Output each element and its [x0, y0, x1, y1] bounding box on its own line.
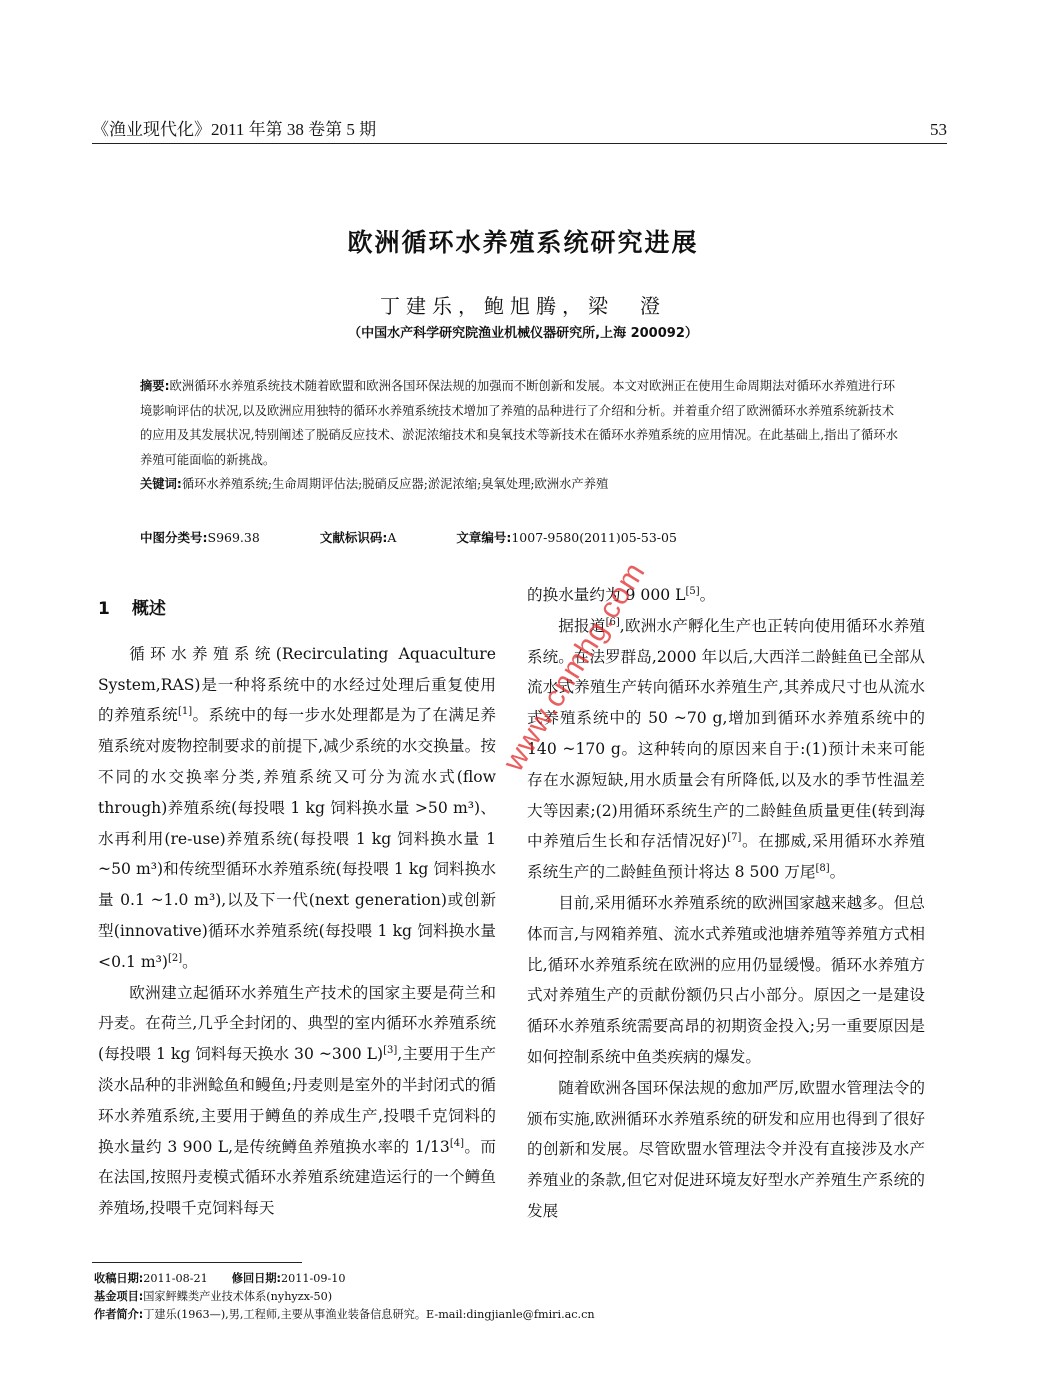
abstract-block: 摘要:欧洲循环水养殖系统技术随着欧盟和欧洲各国环保法规的加强而不断创新和发展。本…: [140, 374, 900, 497]
keywords: 关键词:循环水养殖系统;生命周期评估法;脱硝反应器;淤泥浓缩;臭氧处理;欧洲水产…: [140, 472, 900, 497]
right-column: 的换水量约为 9 000 L[5]。 据报道[6],欧洲水产孵化生产也正转向使用…: [527, 580, 925, 1227]
paragraph: 目前,采用循环水养殖系统的欧洲国家越来越多。但总体而言,与网箱养殖、流水式养殖或…: [527, 888, 925, 1073]
abstract-label: 摘要:: [140, 379, 170, 393]
received-date: 2011-08-21: [143, 1272, 208, 1285]
footnote-rule: [92, 1262, 302, 1263]
affiliation: （中国水产科学研究院渔业机械仪器研究所,上海 200092）: [0, 322, 1046, 341]
article-title: 欧洲循环水养殖系统研究进展: [0, 223, 1046, 259]
abstract: 摘要:欧洲循环水养殖系统技术随着欧盟和欧洲各国环保法规的加强而不断创新和发展。本…: [140, 374, 900, 472]
author-bio-line: 作者简介:丁建乐(1963—),男,工程师,主要从事渔业装备信息研究。E-mai…: [94, 1306, 954, 1324]
footnotes: 收稿日期:2011-08-21修回日期:2011-09-10 基金项目:国家鲆鲽…: [94, 1270, 954, 1324]
article-id: 文章编号:1007-9580(2011)05-53-05: [456, 528, 677, 546]
fund-line: 基金项目:国家鲆鲽类产业技术体系(nyhyzx-50): [94, 1288, 954, 1306]
section-title: 概述: [132, 599, 166, 619]
citation[interactable]: [6]: [606, 617, 620, 628]
citation[interactable]: [7]: [727, 832, 741, 843]
section-number: 1: [98, 599, 110, 619]
section-heading: 1概述: [98, 594, 496, 625]
citation[interactable]: [1]: [178, 706, 192, 717]
dates-line: 收稿日期:2011-08-21修回日期:2011-09-10: [94, 1270, 954, 1288]
citation[interactable]: [8]: [815, 863, 829, 874]
page-number: 53: [930, 120, 947, 140]
paragraph: 据报道[6],欧洲水产孵化生产也正转向使用循环水养殖系统。在法罗群岛,2000 …: [527, 611, 925, 888]
revised-date: 2011-09-10: [281, 1272, 346, 1285]
citation[interactable]: [5]: [685, 586, 699, 597]
abstract-text: 欧洲循环水养殖系统技术随着欧盟和欧洲各国环保法规的加强而不断创新和发展。本文对欧…: [140, 379, 898, 467]
document-code: 文献标识码:A: [320, 528, 397, 546]
header-rule: [92, 143, 947, 144]
journal-info: 《渔业现代化》2011 年第 38 卷第 5 期: [92, 115, 376, 140]
citation[interactable]: [2]: [168, 953, 182, 964]
paragraph: 随着欧洲各国环保法规的愈加严厉,欧盟水管理法令的颁布实施,欧洲循环水养殖系统的研…: [527, 1073, 925, 1227]
paragraph: 循环水养殖系统(Recirculating Aquaculture System…: [98, 639, 496, 978]
left-column: 1概述 循环水养殖系统(Recirculating Aquaculture Sy…: [98, 580, 496, 1224]
running-header: 《渔业现代化》2011 年第 38 卷第 5 期 53: [92, 110, 947, 140]
classification-row: 中图分类号:S969.38 文献标识码:A 文章编号:1007-9580(201…: [140, 528, 900, 546]
paragraph: 的换水量约为 9 000 L[5]。: [527, 580, 925, 611]
keywords-text: 循环水养殖系统;生命周期评估法;脱硝反应器;淤泥浓缩;臭氧处理;欧洲水产养殖: [182, 477, 609, 491]
clc-number: 中图分类号:S969.38: [140, 528, 260, 546]
paragraph: 欧洲建立起循环水养殖生产技术的国家主要是荷兰和丹麦。在荷兰,几乎全封闭的、典型的…: [98, 978, 496, 1224]
citation[interactable]: [3]: [383, 1045, 397, 1056]
keywords-label: 关键词:: [140, 477, 182, 491]
citation[interactable]: [4]: [450, 1137, 464, 1148]
author-list: 丁建乐，鲍旭腾，梁 澄: [0, 290, 1046, 319]
